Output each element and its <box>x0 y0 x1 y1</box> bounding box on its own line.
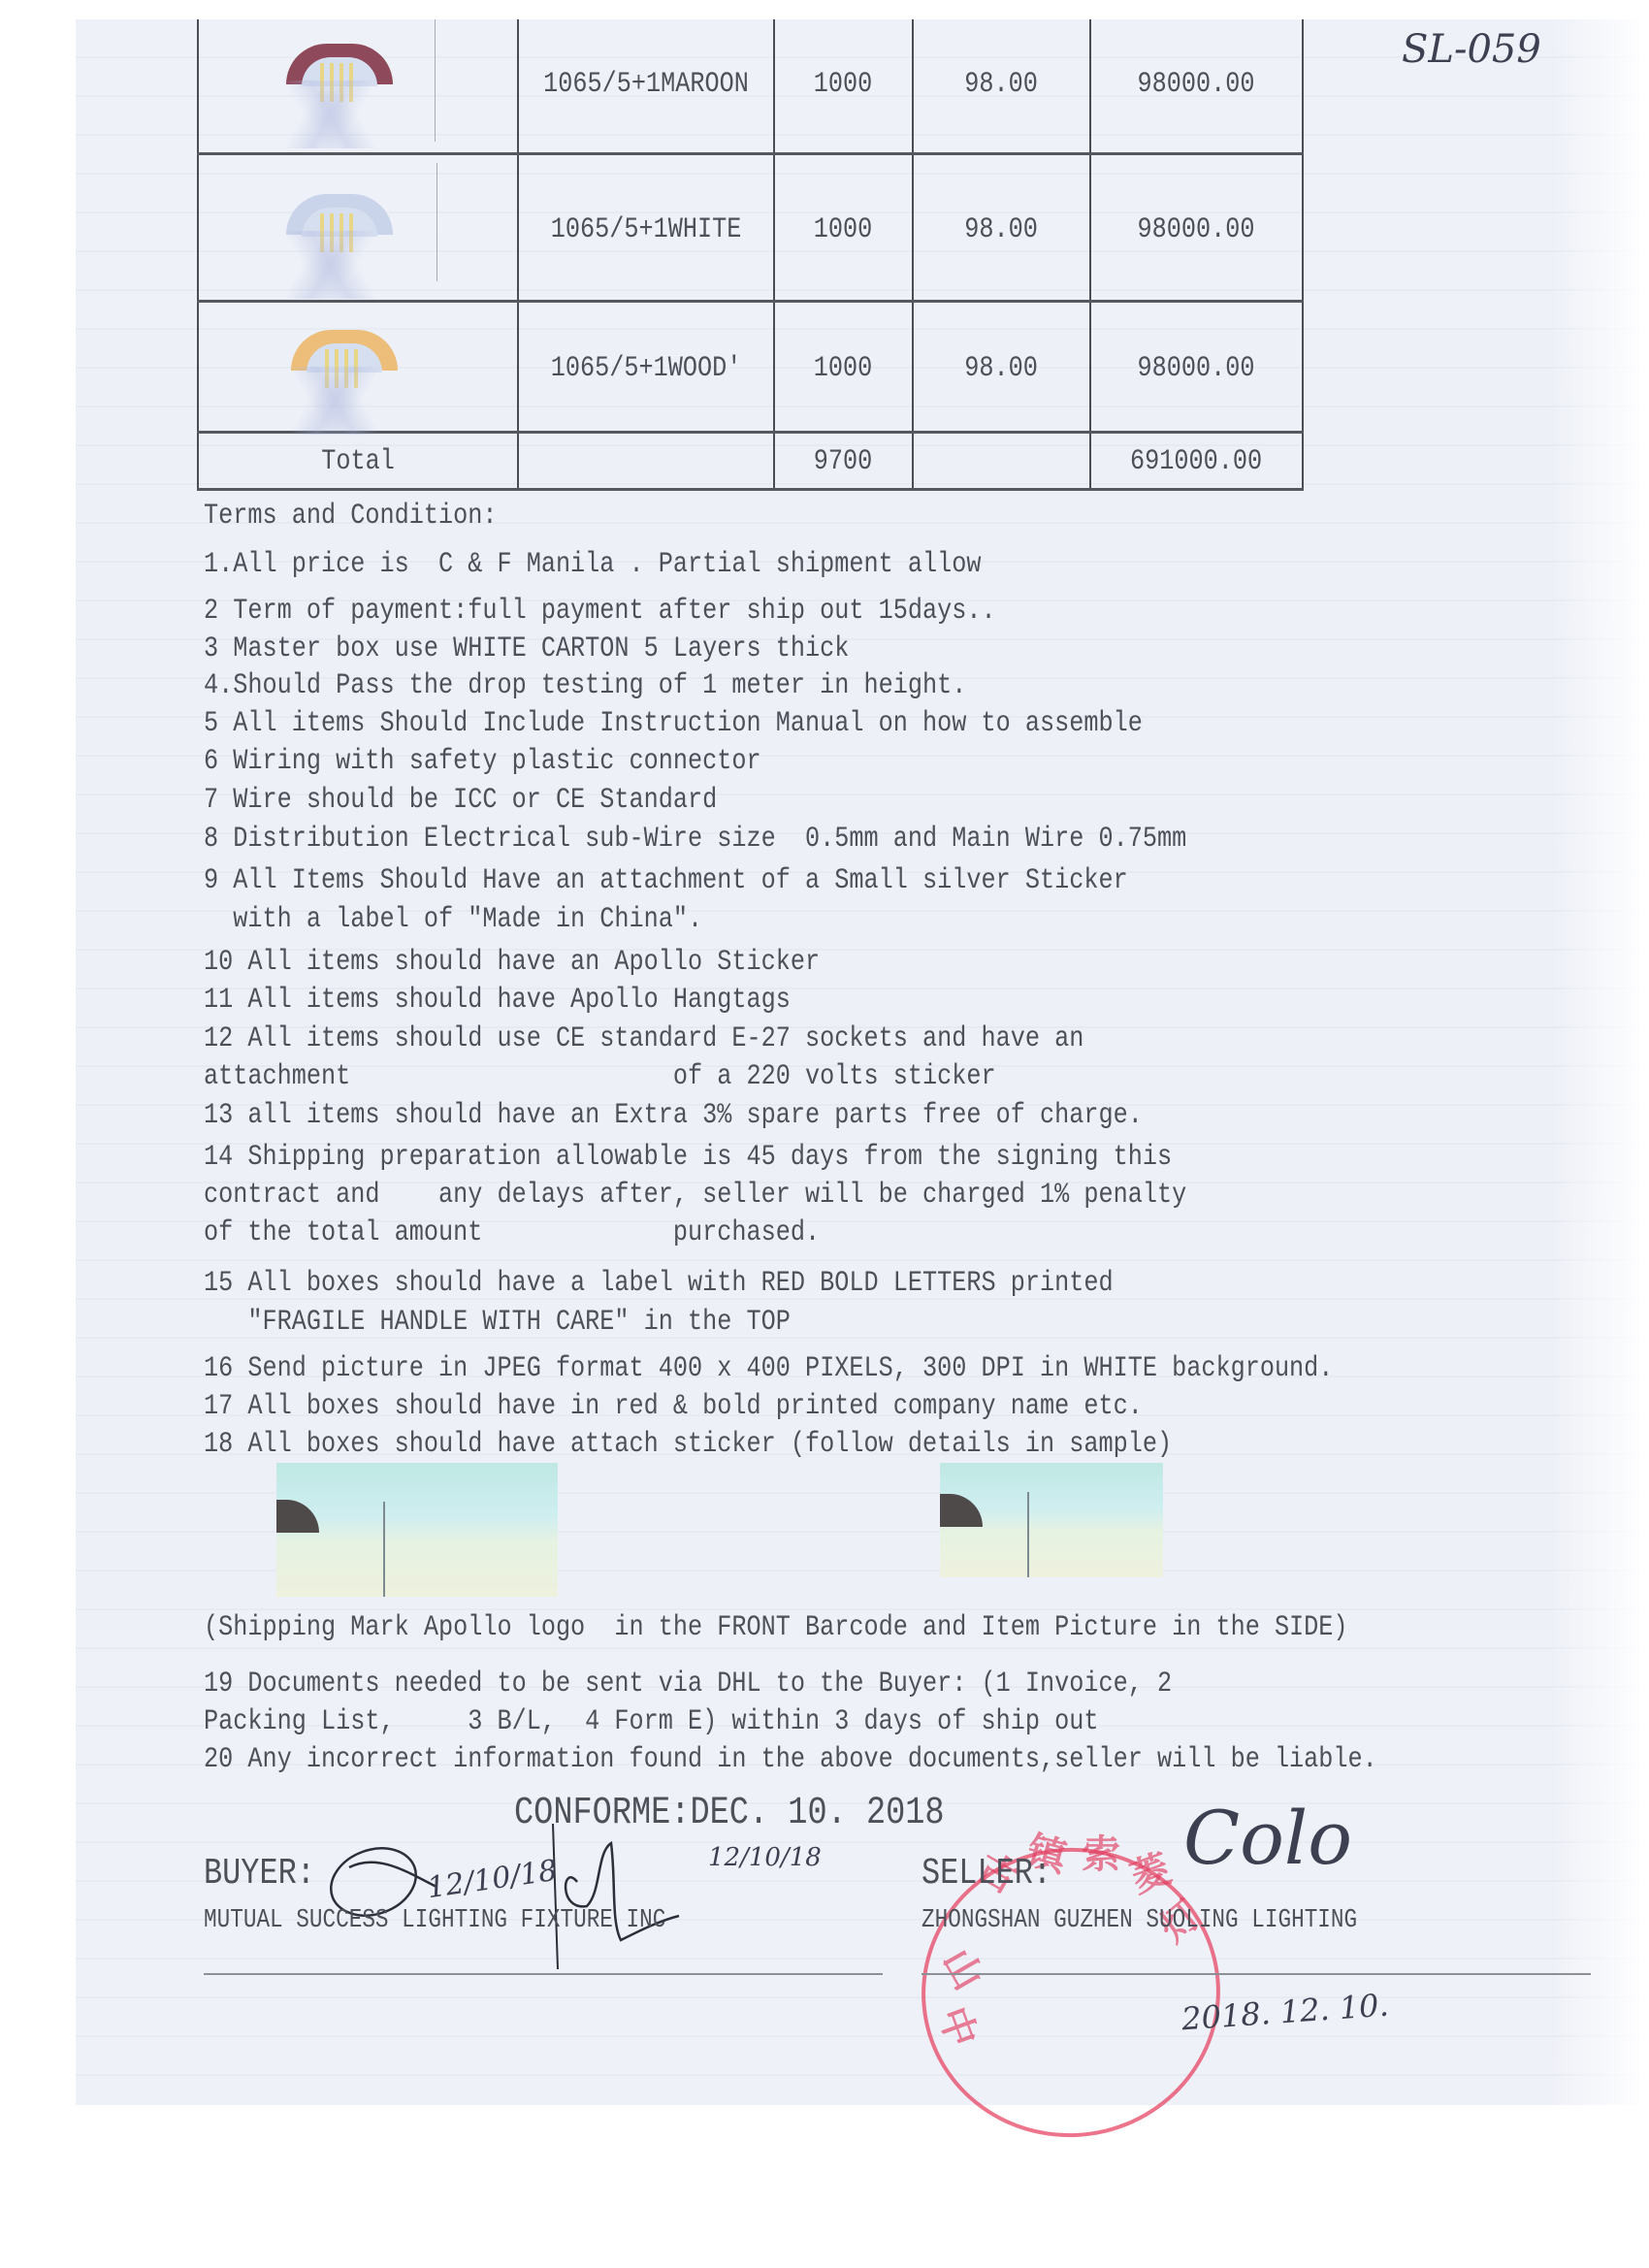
total-label: Total <box>199 445 517 478</box>
term-line: of the total amount purchased. <box>204 1216 820 1249</box>
term-line: 13 all items should have an Extra 3% spa… <box>204 1099 1143 1132</box>
amount: 98000.00 <box>1091 68 1302 101</box>
handwritten-doc-ref: SL-059 <box>1402 27 1541 72</box>
stamp-text: 索 <box>1082 1824 1120 1879</box>
lamp-arms <box>272 367 417 435</box>
term-line: attachment of a 220 volts sticker <box>204 1060 996 1093</box>
carton-sample-side-image <box>940 1463 1163 1577</box>
image-shadow <box>940 1494 983 1527</box>
term-line: 10 All items should have an Apollo Stick… <box>204 946 820 979</box>
table-border-bottom <box>197 488 1304 491</box>
item-code: 1065/5+1MAROON <box>519 68 773 101</box>
lamp-arms <box>267 231 412 299</box>
term-line: 12 All items should use CE standard E-27… <box>204 1022 1083 1055</box>
term-line: 5 All items Should Include Instruction M… <box>204 707 1143 740</box>
table-border-right <box>1302 19 1304 491</box>
buyer-signature <box>320 1824 766 1969</box>
amount: 98000.00 <box>1091 352 1302 385</box>
terms-heading: Terms and Condition: <box>204 500 497 533</box>
term-line: contract and any delays after, seller wi… <box>204 1179 1186 1212</box>
wood-lamp-image <box>272 330 398 446</box>
item-code: 1065/5+1WHITE <box>519 213 773 246</box>
term-line: 3 Master box use WHITE CARTON 5 Layers t… <box>204 632 849 665</box>
term-line: 8 Distribution Electrical sub-Wire size … <box>204 823 1186 856</box>
carton-sample-front-image <box>276 1463 558 1597</box>
seller-company: ZHONGSHAN GUZHEN SUOLING LIGHTING <box>921 1904 1357 1937</box>
term-line: 19 Documents needed to be sent via DHL t… <box>204 1668 1172 1701</box>
term-line: with a label of "Made in China". <box>204 903 702 936</box>
quantity: 1000 <box>775 68 912 101</box>
term-line: 16 Send picture in JPEG format 400 x 400… <box>204 1352 1333 1385</box>
term-line: 18 All boxes should have attach sticker … <box>204 1428 1172 1461</box>
quantity: 1000 <box>775 352 912 385</box>
unit-price: 98.00 <box>914 352 1089 385</box>
maroon-lamp-image <box>267 44 393 160</box>
term-line: 20 Any incorrect information found in th… <box>204 1743 1377 1776</box>
image-frame-line <box>435 19 436 142</box>
item-code: 1065/5+1WOOD' <box>519 352 773 385</box>
buyer-date-2: 12/10/18 <box>708 1843 822 1872</box>
box-edge <box>383 1502 385 1597</box>
total-price <box>914 445 1089 478</box>
term-line: 1.All price is C & F Manila . Partial sh… <box>204 548 981 581</box>
buyer-label: BUYER: <box>204 1854 315 1895</box>
term-line: 2 Term of payment:full payment after shi… <box>204 595 996 628</box>
unit-price: 98.00 <box>914 68 1089 101</box>
term-line: 7 Wire should be ICC or CE Standard <box>204 784 717 817</box>
seller-signature: Colo <box>1183 1795 1352 1881</box>
total-amount: 691000.00 <box>1091 445 1302 478</box>
table-border-left <box>197 19 199 491</box>
shipping-mark-note: (Shipping Mark Apollo logo in the FRONT … <box>204 1611 1348 1644</box>
seller-signature-line <box>921 1973 1591 1975</box>
total-item <box>519 445 773 478</box>
buyer-company: MUTUAL SUCCESS LIGHTING FIXTURE INC <box>204 1904 665 1937</box>
unit-price: 98.00 <box>914 213 1089 246</box>
term-line: 6 Wiring with safety plastic connector <box>204 745 761 778</box>
term-line: Packing List, 3 B/L, 4 Form E) within 3 … <box>204 1705 1098 1738</box>
term-line: 17 All boxes should have in red & bold p… <box>204 1390 1143 1423</box>
term-line: 4.Should Pass the drop testing of 1 mete… <box>204 669 966 702</box>
image-frame-line <box>436 163 437 281</box>
seller-label: SELLER: <box>921 1854 1051 1895</box>
buyer-signature-line <box>204 1973 883 1975</box>
term-line: "FRAGILE HANDLE WITH CARE" in the TOP <box>204 1306 791 1339</box>
term-line: 15 All boxes should have a label with RE… <box>204 1267 1114 1300</box>
image-shadow <box>276 1500 319 1533</box>
amount: 98000.00 <box>1091 213 1302 246</box>
total-quantity: 9700 <box>775 445 912 478</box>
lamp-arms <box>267 81 412 148</box>
quantity: 1000 <box>775 213 912 246</box>
term-line: 9 All Items Should Have an attachment of… <box>204 864 1128 897</box>
term-line: 11 All items should have Apollo Hangtags <box>204 984 791 1017</box>
scan-edge <box>1552 19 1649 2105</box>
term-line: 14 Shipping preparation allowable is 45 … <box>204 1141 1172 1174</box>
white-lamp-image <box>267 194 393 310</box>
box-edge <box>1027 1492 1029 1577</box>
